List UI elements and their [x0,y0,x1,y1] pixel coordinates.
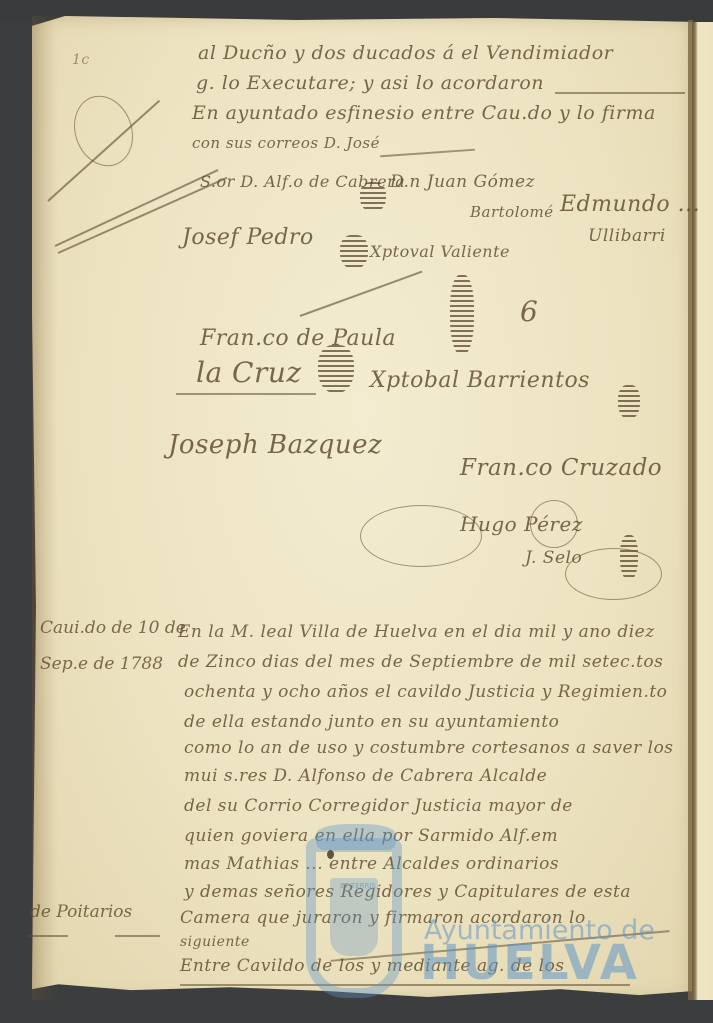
text-line: y demas señores Regidores y Capitulares … [184,882,631,902]
text-line: g. lo Executare; y asi lo acordaron [196,72,544,94]
line-filler-rule [555,92,685,94]
signature-rubric [340,235,368,269]
numeral-mark: 6 [520,295,538,328]
signature: Xptoval Valiente [370,242,510,261]
signature-flourish [530,500,578,548]
adjacent-page-edge [692,22,713,1007]
margin-note: Sep.e de 1788 [40,654,163,674]
signature: Fran.co Cruzado [460,455,662,481]
margin-note: Caui.do de 10 de [40,618,186,638]
watermark-motto: ET TERRIS [340,882,376,890]
signature: Ullibarri [588,226,666,246]
signature-rubric [318,345,354,393]
signature: Joseph Bazquez [168,430,382,460]
signature-rubric [450,275,474,355]
scan-background-bottom [0,1000,713,1023]
text-line: del su Corrio Corregidor Justicia mayor … [184,796,573,816]
signature: Edmundo ... [560,192,700,217]
text-line: como lo an de uso y costumbre cortesanos… [184,738,674,758]
ink-blot [327,850,334,859]
text-line: En la M. leal Villa de Huelva en el dia … [178,622,655,642]
signature: Xptobal Barrientos [370,368,590,393]
watermark-city: HUELVA [420,935,639,991]
text-line: siguiente [180,934,250,950]
text-line: al Ducño y dos ducados á el Vendimiador [198,42,613,64]
margin-rule [28,935,68,937]
text-line: En ayuntado esfinesio entre Cau.do y lo … [192,102,656,124]
signature-flourish [565,548,662,600]
signature: Josef Pedro [182,225,314,250]
signature: Bartolomé [470,203,554,221]
text-line: con sus correos D. José [192,134,380,152]
text-line: ochenta y ocho años el cavildo Justicia … [184,682,667,702]
text-line: de Zinco dias del mes de Septiembre de m… [178,652,663,672]
margin-note: de Poitarios [30,902,132,922]
page-edge-shadow [32,16,58,1001]
margin-rule [115,935,160,937]
signature-underline [176,393,316,395]
text-line: mui s.res D. Alfonso de Cabrera Alcalde [184,766,547,786]
text-line: de ella estando junto en su ayuntamiento [184,712,559,732]
signature: D.n Juan Gómez [390,172,535,192]
folio-mark: 1c [72,52,90,68]
signature-rubric [618,385,640,419]
signature: la Cruz [196,356,302,389]
signature: Fran.co de Paula [200,326,396,351]
signature-rubric [360,182,386,212]
